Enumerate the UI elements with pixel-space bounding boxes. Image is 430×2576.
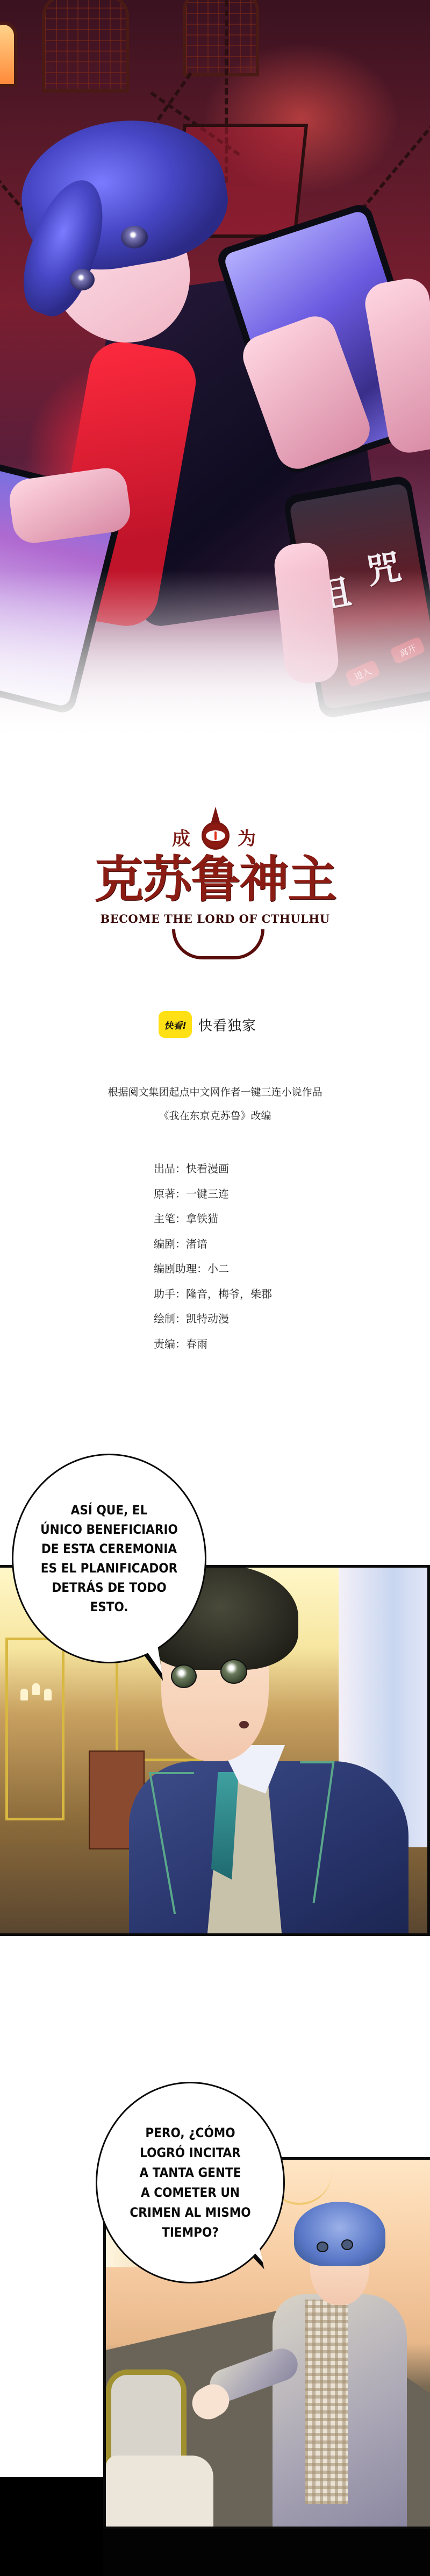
credit-row: 原著：一键三连: [154, 1182, 272, 1207]
wall-lamp: [32, 1683, 40, 1695]
wall-ornament-panel: [5, 1638, 64, 1820]
wall-lamp: [20, 1689, 28, 1700]
character-hair: [294, 2202, 385, 2266]
character-eye: [341, 2239, 353, 2250]
character-eye: [171, 1664, 197, 1688]
credit-row: 编剧：渚谙: [154, 1232, 272, 1257]
credit-row: 编剧助理：小二: [154, 1256, 272, 1282]
title-main: 克苏鲁神主: [91, 850, 339, 909]
speech-bubble-text: PERO, ¿CÓMO LOGRÓ INCITAR A TANTA GENTE …: [130, 2123, 250, 2243]
tentacles-ornament: [172, 929, 264, 959]
character-eye: [317, 2241, 328, 2252]
kuaikan-logo-icon: 快看!: [159, 1011, 192, 1038]
character-mouth: [239, 1721, 249, 1728]
credit-row: 出品：快看漫画: [154, 1156, 272, 1182]
brand-label: 快看独家: [198, 1015, 256, 1035]
title-english: BECOME THE LORD OF CTHULHU: [91, 912, 339, 926]
credits-list: 出品：快看漫画 原著：一键三连 主笔：拿铁猫 编剧：渚谙 编剧助理：小二 助手：…: [154, 1156, 272, 1356]
pupil: [214, 831, 217, 840]
chair-cushion: [106, 2456, 213, 2529]
credit-row: 助手：隆音，梅爷，柴郡: [154, 1282, 272, 1307]
credits-source-line: 根据阅文集团起点中文网作者一键三连小说作品: [0, 1084, 430, 1099]
stained-glass-window: [42, 0, 129, 92]
character-eye: [121, 226, 148, 248]
credits-adaptation-line: 《我在东京克苏鲁》改编: [0, 1108, 430, 1122]
character-eye: [70, 269, 95, 290]
black-gutter: [0, 2477, 103, 2576]
speech-bubble-text: ASÍ QUE, EL ÚNICO BENEFICIARIO DE ESTA C…: [40, 1500, 178, 1617]
cover-fade: [0, 570, 430, 764]
stained-glass-window: [0, 22, 17, 87]
credit-row: 主笔：拿铁猫: [154, 1206, 272, 1232]
character-plaid-shirt: [305, 2300, 348, 2504]
credit-row: 责编：春雨: [154, 1332, 272, 1357]
black-gutter: [103, 2529, 430, 2576]
brand-exclusive: 快看! 快看独家: [159, 1011, 256, 1038]
stained-glass-window: [183, 0, 259, 76]
title-small-char: 成: [172, 824, 190, 850]
credit-row: 绘制：凯特动漫: [154, 1306, 272, 1332]
title-logo: 成 为 克苏鲁神主 BECOME THE LORD OF CTHULHU: [91, 807, 339, 968]
character-eye: [220, 1659, 247, 1684]
cover-illustration: 诅 咒 进入 离开: [0, 0, 430, 764]
eye-orb-icon: [202, 822, 230, 850]
wall-lamp: [44, 1689, 52, 1700]
speech-bubble: ASÍ QUE, EL ÚNICO BENEFICIARIO DE ESTA C…: [12, 1454, 206, 1663]
title-small-char: 为: [238, 824, 256, 850]
eye-icon: [206, 830, 225, 841]
